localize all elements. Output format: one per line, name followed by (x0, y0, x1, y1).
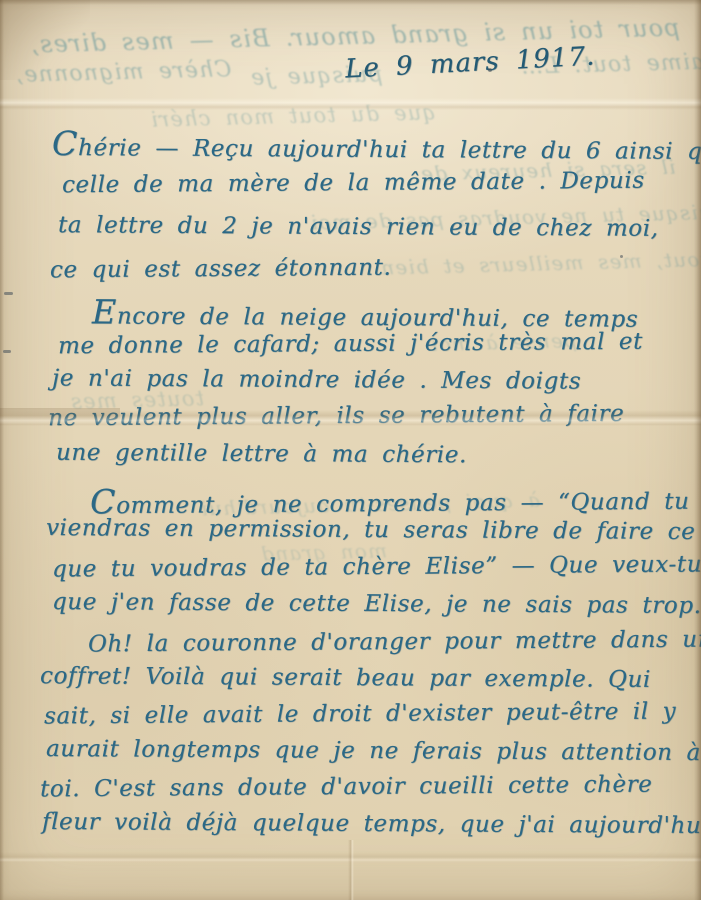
letter-line: que j'en fasse de cette Elise, je ne sai… (52, 589, 701, 619)
corner-fold (0, 0, 90, 80)
letter-line: que tu voudras de ta chère Elise” — Que … (52, 551, 701, 582)
ink-speck (620, 255, 623, 258)
letter-line: Encore de la neige aujourd'hui, ce temps (92, 292, 638, 334)
letter-date: Le 9 mars 1917. (344, 41, 596, 84)
letter-line: celle de ma mère de la même date . Depui… (62, 168, 645, 199)
fold-crease (0, 852, 701, 862)
scan-edge-shadow (0, 0, 701, 5)
letter-line: coffret! Voilà qui serait beau par exemp… (40, 663, 651, 693)
letter-line: Comment, je ne comprends pas — “Quand tu (90, 478, 690, 522)
letter-line: ta lettre du 2 je n'avais rien eu de che… (58, 212, 659, 242)
letter-line: me donne le cafard; aussi j'écris très m… (58, 329, 643, 360)
letter-line: Oh! la couronne d'oranger pour mettre da… (88, 627, 701, 658)
letter-line: aurait longtemps que je ne ferais plus a… (46, 736, 701, 766)
ink-speck (4, 292, 13, 295)
letter-line: une gentille lettre à ma chérie. (56, 440, 467, 469)
scan-edge-shadow (0, 0, 4, 900)
fold-crease (0, 98, 701, 110)
letter-line: viendras en permission, tu seras libre d… (46, 515, 696, 545)
letter-line: sait, si elle avait le droit d'exister p… (44, 699, 676, 730)
bleed-through-fragment: demain tout, mes meilleurs et bien (380, 244, 701, 279)
letter-line: je n'ai pas la moindre idée . Mes doigts (52, 365, 581, 394)
letter-line: toi. C'est sans doute d'avoir cueilli ce… (40, 772, 653, 803)
letter-line: ne veulent plus aller, ils se rebutent à… (48, 401, 625, 432)
letter-scan: pour toi un si grand amour. Bis — mes di… (0, 0, 701, 900)
fold-crease (348, 840, 354, 900)
letter-line: Chérie — Reçu aujourd'hui ta lettre du 6… (52, 124, 701, 167)
letter-line: fleur voilà déjà quelque temps, que j'ai… (42, 809, 701, 839)
bleed-through-fragment: Chère mignonne, (15, 57, 232, 88)
ink-speck (3, 350, 11, 353)
letter-line: ce qui est assez étonnant. (50, 255, 392, 284)
